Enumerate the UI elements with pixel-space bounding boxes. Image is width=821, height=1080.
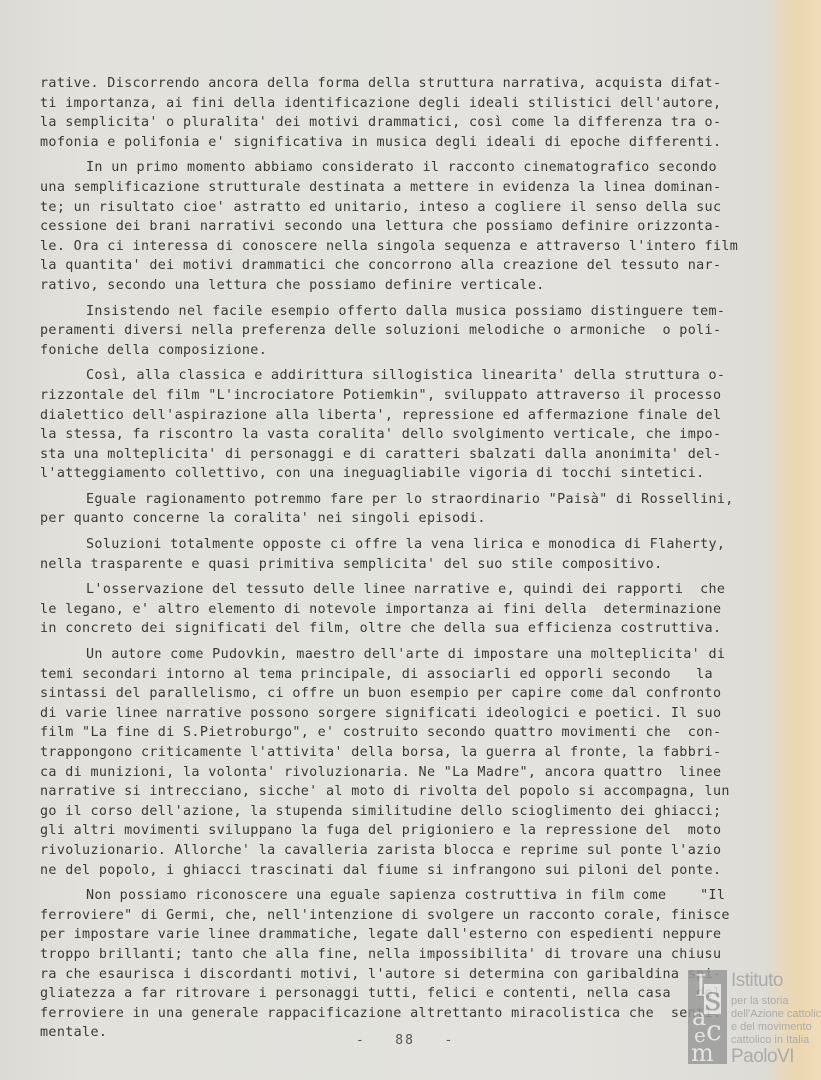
body-text: rative. Discorrendo ancora della forma d…	[40, 74, 770, 1049]
text-line: sintassi del parallelismo, ci offre un b…	[40, 684, 770, 704]
text-line: Insistendo nel facile esempio offerto da…	[40, 302, 770, 322]
text-line: l'atteggiamento collettivo, con una ineg…	[40, 464, 770, 484]
watermark-line: cattolico in Italia	[731, 1034, 809, 1046]
text-line: le legano, e' altro elemento di notevole…	[40, 600, 770, 620]
paragraph: Insistendo nel facile esempio offerto da…	[40, 302, 770, 361]
watermark-line: e del movimento	[731, 1021, 812, 1033]
page-edge	[783, 0, 821, 1080]
text-line: rativo, secondo una lettura che possiamo…	[40, 276, 770, 296]
text-line: una semplificazione strutturale destinat…	[40, 178, 770, 198]
text-line: in concreto dei significati del film, ol…	[40, 619, 770, 639]
text-line: temi secondari intorno al tema principal…	[40, 665, 770, 685]
text-line: film "La fine di S.Pietroburgo", e' cost…	[40, 723, 770, 743]
logo-monogram-block: I s a e c m	[688, 970, 727, 1064]
text-line: L'osservazione del tessuto delle linee n…	[40, 580, 770, 600]
page-number: - 88 -	[356, 1033, 454, 1048]
text-line: cessione dei brani narrativi secondo una…	[40, 217, 770, 237]
text-line: Non possiamo riconoscere una eguale sapi…	[40, 886, 770, 906]
text-line: ferroviere" di Germi, che, nell'intenzio…	[40, 906, 770, 926]
text-line: ne del popolo, i ghiacci trascinati dal …	[40, 861, 770, 881]
text-line: In un primo momento abbiamo considerato …	[40, 158, 770, 178]
text-line: troppo brillanti; tanto che alla fine, n…	[40, 945, 770, 965]
paragraph: Non possiamo riconoscere una eguale sapi…	[40, 886, 770, 1043]
paragraph: In un primo momento abbiamo considerato …	[40, 158, 770, 295]
text-line: rivoluzionario. Allorche' la cavalleria …	[40, 841, 770, 861]
text-line: foniche della composizione.	[40, 341, 770, 361]
text-line: rative. Discorrendo ancora della forma d…	[40, 74, 770, 94]
institute-watermark-logo: I s a e c m Istituto per la storia dell'…	[688, 970, 818, 1070]
text-line: nella trasparente e quasi primitiva semp…	[40, 555, 770, 575]
scanned-page: rative. Discorrendo ancora della forma d…	[0, 0, 821, 1080]
text-line: ti importanza, ai fini della identificaz…	[40, 94, 770, 114]
text-line: Eguale ragionamento potremmo fare per lo…	[40, 490, 770, 510]
text-line: Così, alla classica e addirittura sillog…	[40, 366, 770, 386]
paragraph: Eguale ragionamento potremmo fare per lo…	[40, 490, 770, 529]
text-line: narrative si intrecciano, sicche' al mot…	[40, 782, 770, 802]
text-line: go il corso dell'azione, la stupenda sim…	[40, 802, 770, 822]
text-line: te; un risultato cioe' astratto ed unita…	[40, 198, 770, 218]
text-line: gli altri movimenti sviluppano la fuga d…	[40, 821, 770, 841]
text-line: di varie linee narrative possono sorgere…	[40, 704, 770, 724]
paragraph: Così, alla classica e addirittura sillog…	[40, 366, 770, 484]
watermark-line: per la storia	[731, 995, 788, 1007]
text-line: ca di munizioni, la volonta' rivoluziona…	[40, 763, 770, 783]
text-line: gliatezza a far ritrovare i personaggi t…	[40, 984, 770, 1004]
text-line: la quantita' dei motivi drammatici che c…	[40, 256, 770, 276]
paragraph: rative. Discorrendo ancora della forma d…	[40, 74, 770, 152]
logo-letter: m	[691, 1044, 714, 1062]
text-line: ra che esaurisca i discordanti motivi, l…	[40, 965, 770, 985]
text-line: Soluzioni totalmente opposte ci offre la…	[40, 535, 770, 555]
text-line: la stessa, fa riscontro la vasta coralit…	[40, 425, 770, 445]
text-line: per quanto concerne la coralita' nei sin…	[40, 509, 770, 529]
paragraph: Soluzioni totalmente opposte ci offre la…	[40, 535, 770, 574]
text-line: mofonia e polifonia e' significativa in …	[40, 133, 770, 153]
text-line: dialettico dell'aspirazione alla liberta…	[40, 406, 770, 426]
text-line: Un autore come Pudovkin, maestro dell'ar…	[40, 645, 770, 665]
logo-letter: s	[704, 984, 721, 1014]
text-line: trappongono criticamente l'attivita' del…	[40, 743, 770, 763]
watermark-line: dell'Azione cattolica	[731, 1008, 821, 1020]
watermark-title: Istituto	[731, 970, 783, 992]
text-line: ferroviere in una generale rappacificazi…	[40, 1004, 770, 1024]
text-line: rizzontale del film "L'incrociatore Poti…	[40, 386, 770, 406]
text-line: sta una molteplicita' di personaggi e di…	[40, 445, 770, 465]
text-line: le. Ora ci interessa di conoscere nella …	[40, 237, 770, 257]
paragraph: Un autore come Pudovkin, maestro dell'ar…	[40, 645, 770, 880]
text-line: per impostare varie linee drammatiche, l…	[40, 925, 770, 945]
paragraph: L'osservazione del tessuto delle linee n…	[40, 580, 770, 639]
text-line: peramenti diversi nella preferenza delle…	[40, 321, 770, 341]
watermark-footer: PaoloVI	[731, 1046, 794, 1068]
text-line: la semplicita' o pluralita' dei motivi d…	[40, 113, 770, 133]
